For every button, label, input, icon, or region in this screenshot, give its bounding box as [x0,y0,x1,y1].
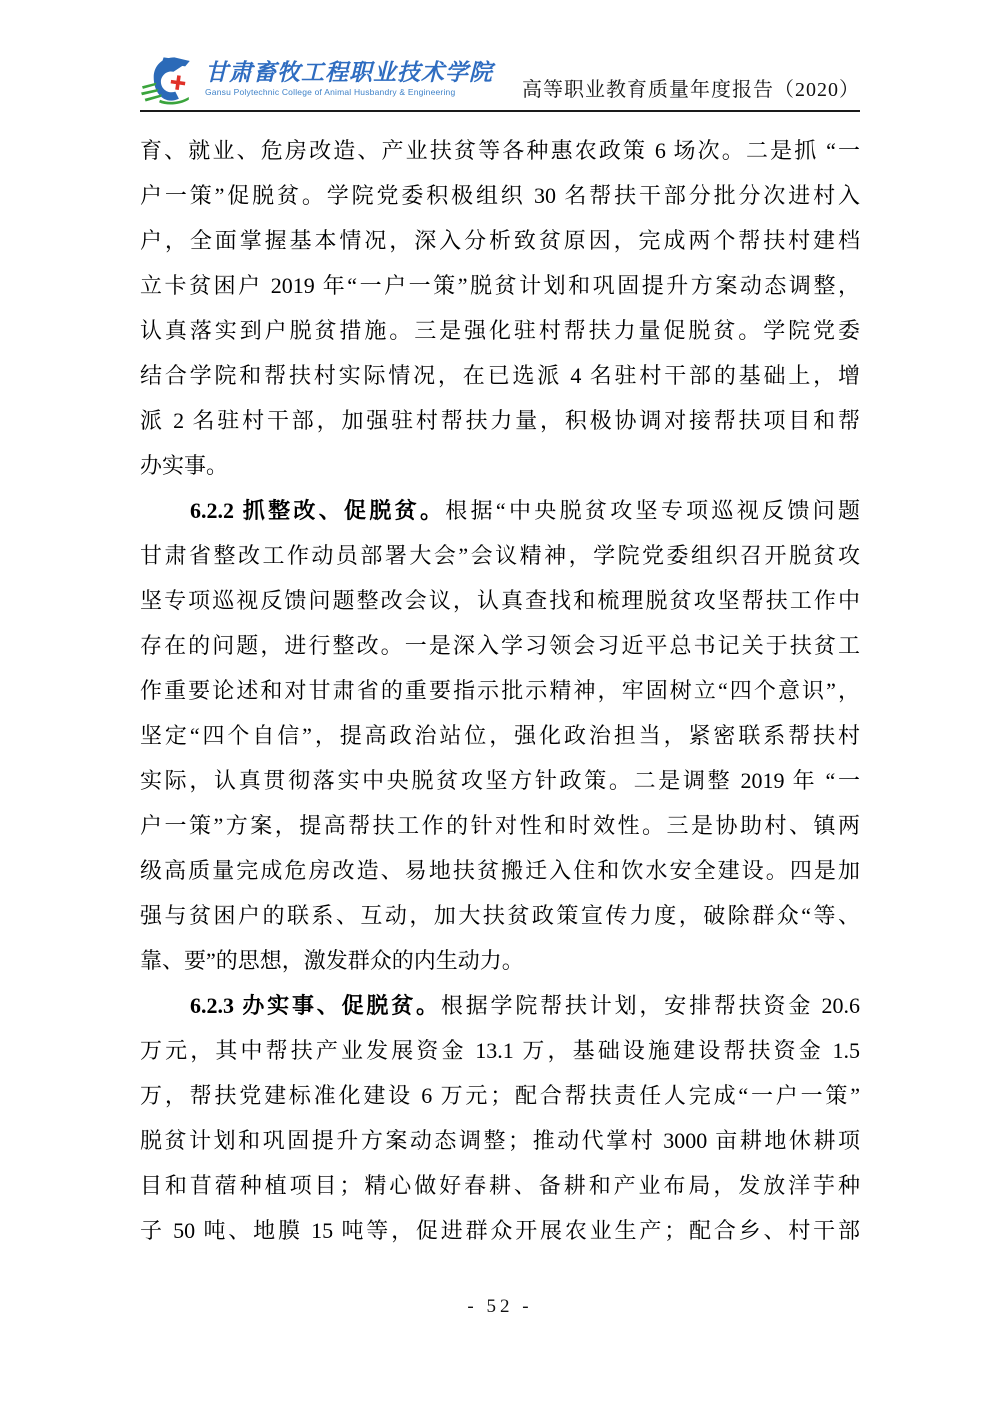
text-line: 育、就业、危房改造、产业扶贫等各种惠农政策 6 场次。二是抓 “一 [140,128,860,173]
text-line: 作重要论述和对甘肃省的重要指示批示精神，牢固树立“四个意识”， [140,668,860,713]
text-line: 立卡贫困户 2019 年“一户一策”脱贫计划和巩固提升方案动态调整， [140,263,860,308]
text-line: 6.2.2 抓整改、促脱贫。根据“中央脱贫攻坚专项巡视反馈问题 [140,488,860,533]
text-line: 强与贫困户的联系、互动，加大扶贫政策宣传力度，破除群众“等、 [140,893,860,938]
college-name-zh: 甘肃畜牧工程职业技术学院 [205,60,493,85]
text-line: 脱贫计划和巩固提升方案动态调整；推动代掌村 3000 亩耕地休耕项 [140,1118,860,1163]
text-line: 实际，认真贯彻落实中央脱贫攻坚方针政策。二是调整 2019 年 “一 [140,758,860,803]
document-page: 甘肃畜牧工程职业技术学院 Gansu Polytechnic College o… [0,0,1000,1414]
college-logo: 甘肃畜牧工程职业技术学院 Gansu Polytechnic College o… [140,52,493,106]
text-line: 目和苜蓿种植项目；精心做好春耕、备耕和产业布局，发放洋芋种 [140,1163,860,1208]
text-line: 坚定“四个自信”，提高政治站位，强化政治担当，紧密联系帮扶村 [140,713,860,758]
text-line: 户，全面掌握基本情况，深入分析致贫原因，完成两个帮扶村建档 [140,218,860,263]
section-heading-6-2-3: 6.2.3 办实事、促脱贫。 [190,993,441,1018]
text-line: 万元，其中帮扶产业发展资金 13.1 万，基础设施建设帮扶资金 1.5 [140,1028,860,1073]
page-number: - 52 - [0,1296,1000,1318]
document-body: 育、就业、危房改造、产业扶贫等各种惠农政策 6 场次。二是抓 “一 户一策”促脱… [140,128,860,1253]
text-line: 甘肃省整改工作动员部署大会”会议精神，学院党委组织召开脱贫攻 [140,533,860,578]
text-line: 万，帮扶党建标准化建设 6 万元；配合帮扶责任人完成“一户一策” [140,1073,860,1118]
text-line: 靠、要”的思想，激发群众的内生动力。 [140,938,860,983]
text-line: 存在的问题，进行整改。一是深入学习领会习近平总书记关于扶贫工 [140,623,860,668]
text-line: 办实事。 [140,443,860,488]
text-segment: 根据学院帮扶计划，安排帮扶资金 20.6 [441,993,860,1018]
text-line: 坚专项巡视反馈问题整改会议，认真查找和梳理脱贫攻坚帮扶工作中 [140,578,860,623]
text-line: 认真落实到户脱贫措施。三是强化驻村帮扶力量促脱贫。学院党委 [140,308,860,353]
college-name-block: 甘肃畜牧工程职业技术学院 Gansu Polytechnic College o… [205,60,493,98]
college-name-en: Gansu Polytechnic College of Animal Husb… [205,88,493,97]
text-segment: 根据“中央脱贫攻坚专项巡视反馈问题 [445,498,860,523]
report-title: 高等职业教育质量年度报告（2020） [522,73,860,102]
text-line: 级高质量完成危房改造、易地扶贫搬迁入住和饮水安全建设。四是加 [140,848,860,893]
text-line: 结合学院和帮扶村实际情况，在已选派 4 名驻村干部的基础上，增 [140,353,860,398]
college-emblem-icon [140,52,198,106]
text-line: 户一策”促脱贫。学院党委积极组织 30 名帮扶干部分批分次进村入 [140,173,860,218]
text-line: 子 50 吨、地膜 15 吨等，促进群众开展农业生产；配合乡、村干部 [140,1208,860,1253]
page-header: 甘肃畜牧工程职业技术学院 Gansu Polytechnic College o… [140,0,860,112]
text-line: 户一策”方案，提高帮扶工作的针对性和时效性。三是协助村、镇两 [140,803,860,848]
section-heading-6-2-2: 6.2.2 抓整改、促脱贫。 [190,498,445,523]
text-line: 6.2.3 办实事、促脱贫。根据学院帮扶计划，安排帮扶资金 20.6 [140,983,860,1028]
text-line: 派 2 名驻村干部，加强驻村帮扶力量，积极协调对接帮扶项目和帮 [140,398,860,443]
